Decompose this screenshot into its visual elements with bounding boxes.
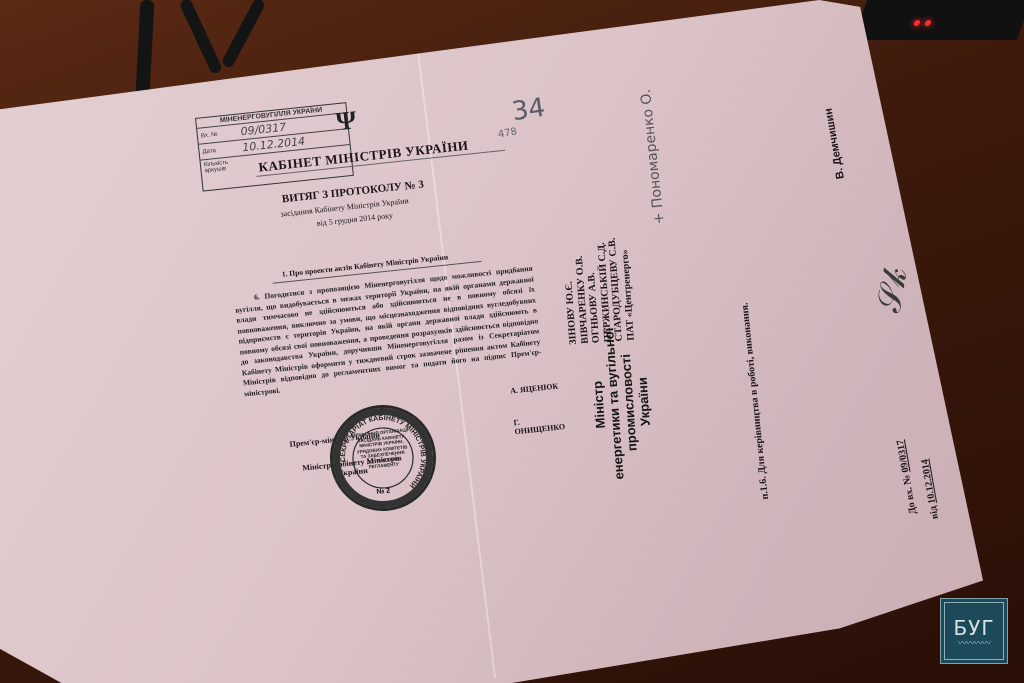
seal-center-text: ПРАВЛІННЯ ОРГАНІЗАЦІЇ ЗАСІДАНЬ КАБІНЕТУ …	[352, 427, 412, 471]
red-led-icon	[924, 20, 932, 26]
official-seal: СЕКРЕТАРІАТ КАБІНЕТУ МІНІСТРІВ УКРАЇНИ П…	[325, 400, 441, 516]
incoming-date-value: 10.12.2014	[919, 458, 938, 504]
stamp-label: Вх. №	[198, 129, 241, 139]
cable	[220, 0, 266, 69]
resolution-text: 6. Погодитися з пропозицією Міненерговуг…	[234, 264, 543, 400]
logo-text: БУГ	[953, 616, 994, 640]
document-sheet: МІНЕНЕРГОВУГІЛЛЯ УКРАЇНИ Вх. № 09/0317 Д…	[0, 0, 1024, 683]
cable	[179, 0, 224, 75]
trident-emblem-icon: Ψ	[335, 105, 358, 137]
incoming-date-label: від	[928, 505, 941, 520]
instruction-text: п.1.6. Для керівництва в роботі, виконан…	[739, 302, 771, 500]
watermark-logo: БУГ 〰〰〰〰	[940, 598, 1008, 664]
signatory-name: А. ЯЦЕНЮК	[510, 382, 559, 396]
stamp-label: Дата	[199, 145, 242, 155]
cable	[136, 0, 155, 95]
incoming-number: До вх. № 09/0317	[895, 439, 919, 515]
stamp-label: Кількість аркушів	[201, 158, 245, 174]
registration-stamp: МІНЕНЕРГОВУГІЛЛЯ УКРАЇНИ Вх. № 09/0317 Д…	[195, 102, 354, 191]
seal-number: № 2	[376, 487, 390, 495]
minister-name: В. Демчишин	[823, 107, 847, 180]
incoming-label: До вх. №	[901, 474, 919, 515]
electronic-device	[853, 0, 1024, 40]
waves-icon: 〰〰〰〰	[958, 640, 990, 646]
incoming-value: 09/0317	[895, 439, 912, 473]
signatory-name: Г. ОНИЩЕНКО	[513, 413, 570, 437]
handwritten-signature: 𝒮𝓀	[869, 265, 916, 316]
handwritten-number: 34	[510, 93, 547, 127]
incoming-date: від 10.12.2014	[919, 458, 940, 520]
red-led-icon	[913, 20, 921, 26]
